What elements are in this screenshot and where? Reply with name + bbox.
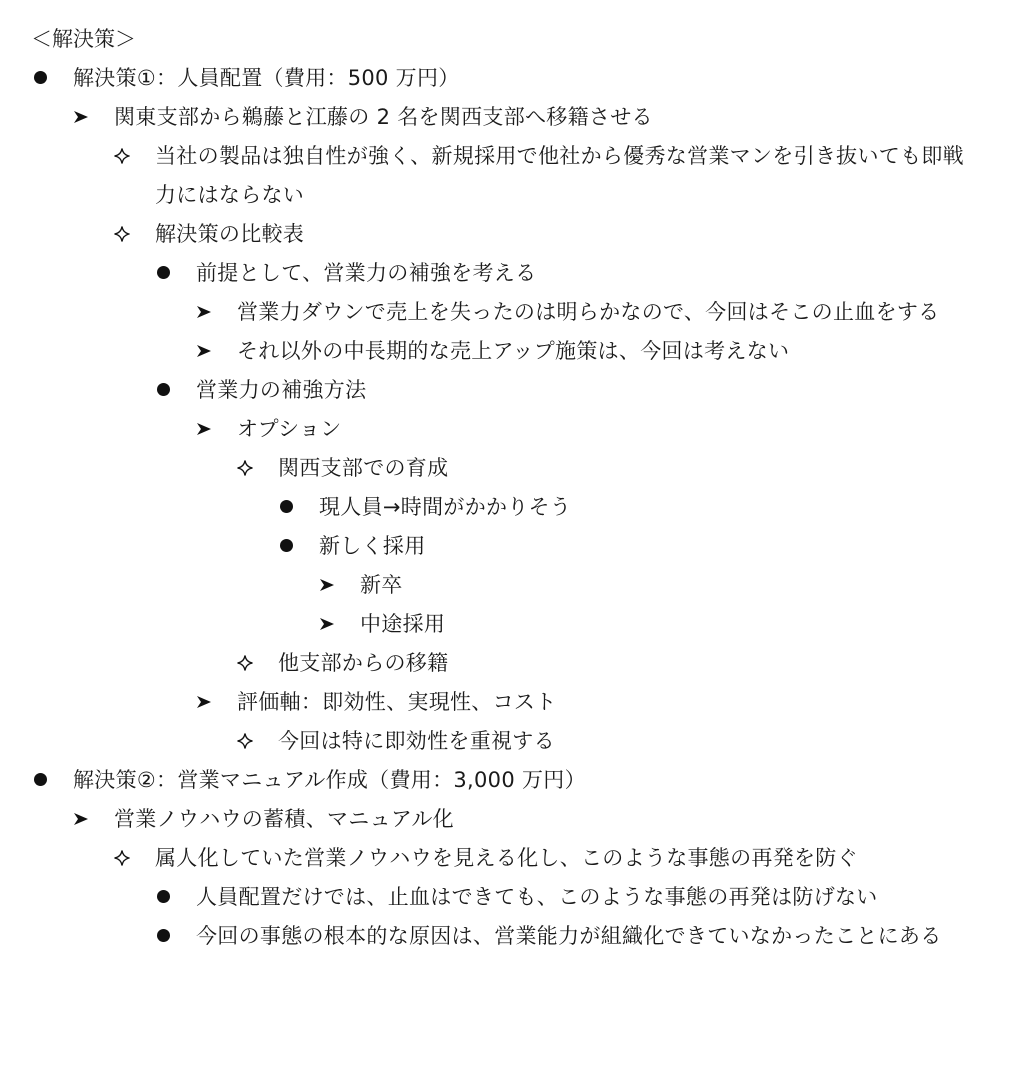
disc-bullet-icon [28,59,52,98]
list-item-text: 関西支部での育成 [278,449,985,488]
list-item-text: オプション [237,410,985,449]
star-bullet-icon [110,215,134,254]
list-item-text: 人員配置だけでは、止血はできても、このような事態の再発は防げない [196,878,985,917]
list-item-text: それ以外の中長期的な売上アップ施策は、今回は考えない [237,332,985,371]
arrow-bullet-icon [69,98,93,137]
star-bullet-icon [233,449,257,488]
star-bullet-icon [110,137,134,176]
list-item-text: 前提として、営業力の補強を考える [196,254,985,293]
list-item-text: 今回の事態の根本的な原因は、営業能力が組織化できていなかったことにある [196,917,985,956]
disc-bullet-icon [151,254,175,293]
section-heading: ＜解決策＞ [31,20,136,59]
list-item-text: 属人化していた営業ノウハウを見える化し、このような事態の再発を防ぐ [155,839,985,878]
arrow-bullet-icon [315,605,339,644]
list-item-text: 解決策②：営業マニュアル作成（費用：3,000 万円） [73,761,985,800]
list-item-text: 営業力ダウンで売上を失ったのは明らかなので、今回はそこの止血をする [237,293,985,332]
list-item-text: 解決策①：人員配置（費用：500 万円） [73,59,985,98]
disc-bullet-icon [151,371,175,410]
list-item-text: 当社の製品は独自性が強く、新規採用で他社から優秀な営業マンを引き抜いても即戦力に… [155,137,985,215]
arrow-bullet-icon [315,566,339,605]
star-bullet-icon [110,839,134,878]
list-item-text: 現人員→時間がかかりそう [319,488,985,527]
list-item-text: 中途採用 [360,605,985,644]
list-item-text: 解決策の比較表 [155,215,985,254]
arrow-bullet-icon [192,332,216,371]
list-item-text: 営業力の補強方法 [196,371,985,410]
arrow-bullet-icon [192,293,216,332]
list-item-text: 評価軸：即効性、実現性、コスト [237,683,985,722]
arrow-bullet-icon [192,683,216,722]
star-bullet-icon [233,722,257,761]
list-item-text: 新卒 [360,566,985,605]
list-item-text: 営業ノウハウの蓄積、マニュアル化 [114,800,985,839]
star-bullet-icon [233,644,257,683]
disc-bullet-icon [274,488,298,527]
disc-bullet-icon [274,527,298,566]
list-item-text: 今回は特に即効性を重視する [278,722,985,761]
list-item-text: 他支部からの移籍 [278,644,985,683]
list-item-text: 新しく採用 [319,527,985,566]
disc-bullet-icon [151,917,175,956]
disc-bullet-icon [151,878,175,917]
disc-bullet-icon [28,761,52,800]
list-item-text: 関東支部から鵜藤と江藤の 2 名を関西支部へ移籍させる [114,98,985,137]
arrow-bullet-icon [69,800,93,839]
arrow-bullet-icon [192,410,216,449]
